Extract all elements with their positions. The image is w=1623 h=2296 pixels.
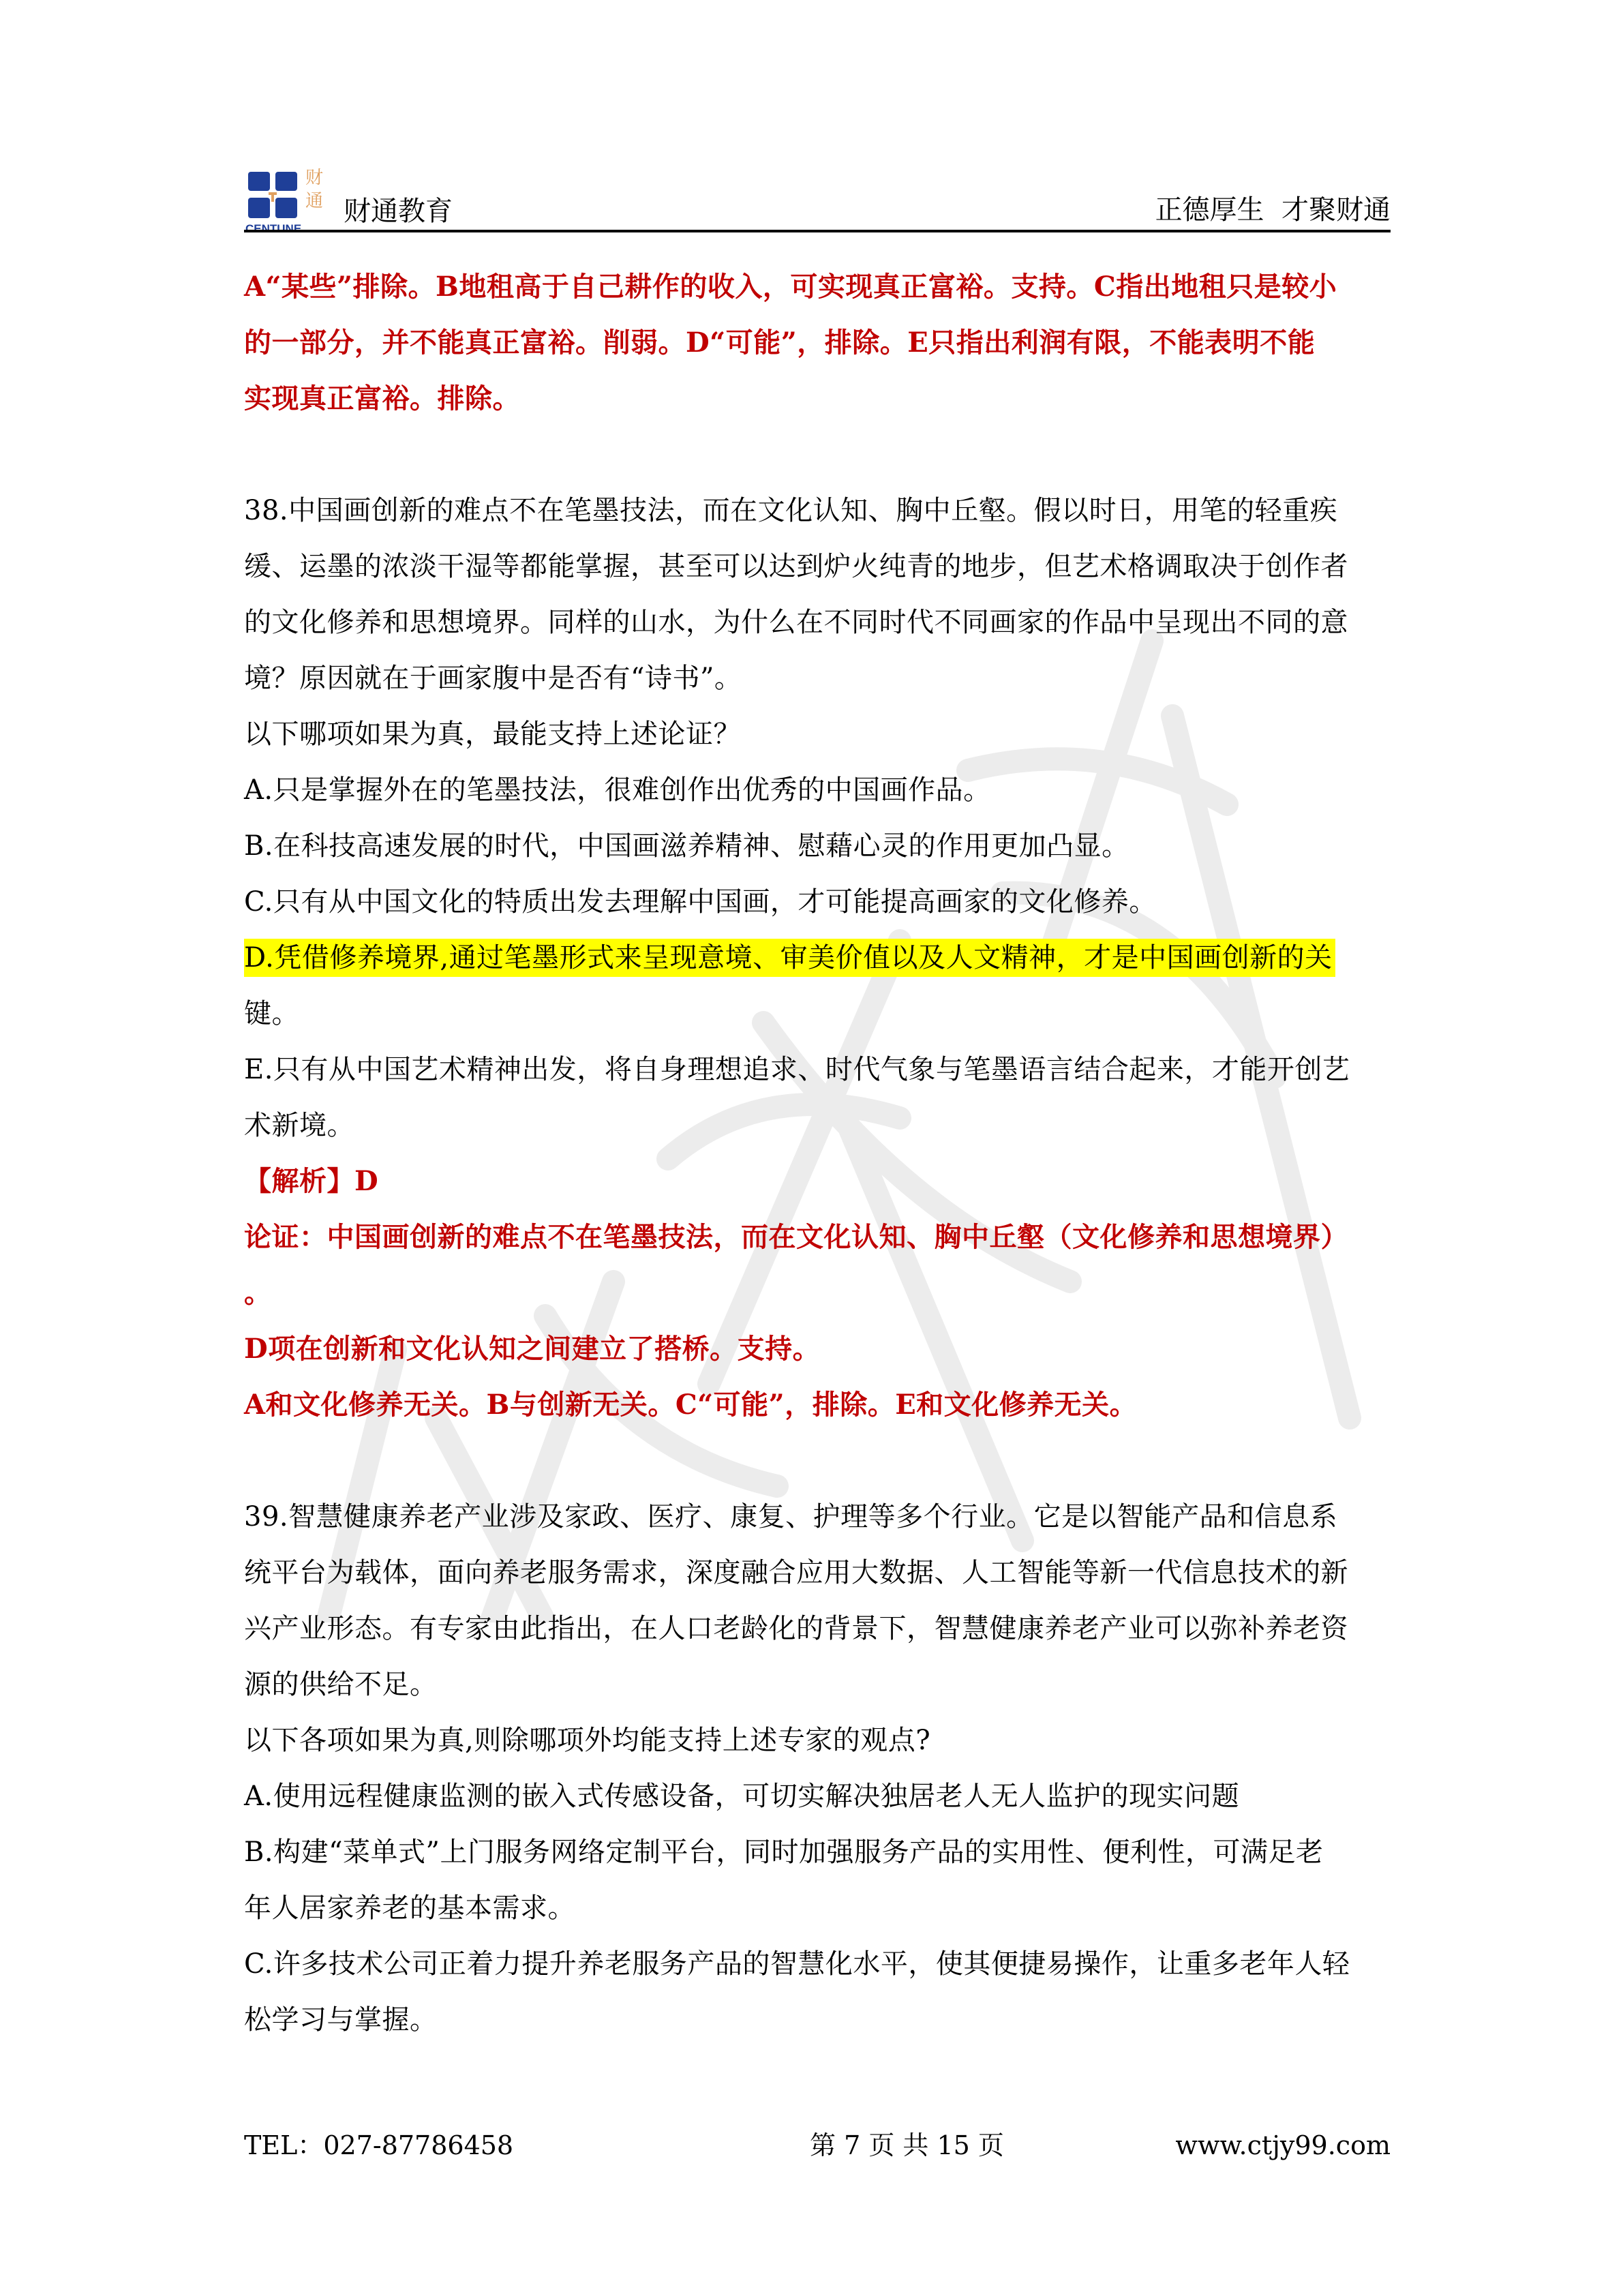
- option-c-cont: 松学习与掌握。: [244, 1992, 1389, 2048]
- centune-logo: 财 通 CENTUNE: [245, 164, 307, 232]
- option-c: C.许多技术公司正着力提升养老服务产品的智慧化水平，使其便捷易操作，让重多老年人…: [244, 1936, 1389, 1992]
- page-header: 财 通 CENTUNE 财通教育 正德厚生 才聚财通: [244, 155, 1391, 232]
- slogan: 正德厚生 才聚财通: [1155, 195, 1391, 225]
- question-stem-line: 源的供给不足。: [244, 1657, 1389, 1712]
- logo-char-tong: 通: [305, 190, 326, 213]
- option-a: A.只是掌握外在的笔墨技法，很难创作出优秀的中国画作品。: [244, 762, 1389, 818]
- brand-name: 财通教育: [344, 196, 453, 226]
- option-e: E.只有从中国艺术精神出发，将自身理想追求、时代气象与笔墨语言结合起来，才能开创…: [244, 1042, 1389, 1098]
- option-c: C.只有从中国文化的特质出发去理解中国画，才可能提高画家的文化修养。: [244, 874, 1389, 930]
- page-footer: TEL：027-87786458 第 7 页 共 15 页 www.ctjy99…: [244, 2128, 1391, 2162]
- option-e-cont: 术新境。: [244, 1098, 1389, 1153]
- header-divider: [244, 230, 1391, 232]
- option-b: B.构建“菜单式”上门服务网络定制平台，同时加强服务产品的实用性、便利性，可满足…: [244, 1824, 1389, 1880]
- logo-text: CENTUNE: [245, 222, 301, 236]
- option-d-highlight: D.凭借修养境界,通过笔墨形式来呈现意境、审美价值以及人文精神，才是中国画创新的…: [244, 939, 1335, 977]
- question-stem-line: 境？原因就在于画家腹中是否有“诗书”。: [244, 650, 1389, 706]
- page-content: A“某些”排除。B地租高于自己耕作的收入，可实现真正富裕。支持。C指出地租只是较…: [244, 259, 1389, 2048]
- analysis-line: D项在创新和文化认知之间建立了搭桥。支持。: [244, 1321, 1389, 1377]
- answer-label: 【解析】D: [244, 1153, 1389, 1209]
- analysis-line: 。: [244, 1265, 1389, 1321]
- option-d: D.凭借修养境界,通过笔墨形式来呈现意境、审美价值以及人文精神，才是中国画创新的…: [244, 930, 1389, 986]
- centune-logo-icon: [248, 172, 297, 220]
- question-stem-line: 38.中国画创新的难点不在笔墨技法，而在文化认知、胸中丘壑。假以时日，用笔的轻重…: [244, 483, 1389, 539]
- logo-vertical-chars: 财 通: [305, 166, 326, 213]
- question-prompt: 以下各项如果为真,则除哪项外均能支持上述专家的观点?: [244, 1712, 1389, 1768]
- option-b: B.在科技高速发展的时代，中国画滋养精神、慰藉心灵的作用更加凸显。: [244, 818, 1389, 874]
- option-a: A.使用远程健康监测的嵌入式传感设备，可切实解决独居老人无人监护的现实问题: [244, 1768, 1389, 1824]
- analysis-line: 实现真正富裕。排除。: [244, 371, 1389, 427]
- option-d-cont: 键。: [244, 986, 1389, 1042]
- spacer: [244, 427, 1389, 483]
- question-38: 38.中国画创新的难点不在笔墨技法，而在文化认知、胸中丘壑。假以时日，用笔的轻重…: [244, 483, 1389, 1433]
- analysis-line: A“某些”排除。B地租高于自己耕作的收入，可实现真正富裕。支持。C指出地租只是较…: [244, 259, 1389, 315]
- question-prompt: 以下哪项如果为真，最能支持上述论证？: [244, 706, 1389, 762]
- analysis-line: 的一部分，并不能真正富裕。削弱。D“可能”，排除。E只指出利润有限，不能表明不能: [244, 315, 1389, 371]
- question-39: 39.智慧健康养老产业涉及家政、医疗、康复、护理等多个行业。它是以智能产品和信息…: [244, 1489, 1389, 2048]
- question-stem-line: 兴产业形态。有专家由此指出，在人口老龄化的背景下，智慧健康养老产业可以弥补养老资: [244, 1601, 1389, 1657]
- footer-phone: TEL：027-87786458: [244, 2128, 513, 2162]
- footer-website: www.ctjy99.com: [1175, 2128, 1391, 2162]
- logo-char-cai: 财: [305, 166, 326, 190]
- option-b-cont: 年人居家养老的基本需求。: [244, 1880, 1389, 1936]
- question-stem-line: 39.智慧健康养老产业涉及家政、医疗、康复、护理等多个行业。它是以智能产品和信息…: [244, 1489, 1389, 1545]
- spacer: [244, 1433, 1389, 1489]
- analysis-line: A和文化修养无关。B与创新无关。C“可能”，排除。E和文化修养无关。: [244, 1377, 1389, 1433]
- question-stem-line: 统平台为载体，面向养老服务需求，深度融合应用大数据、人工智能等新一代信息技术的新: [244, 1545, 1389, 1601]
- analysis-line: 论证：中国画创新的难点不在笔墨技法，而在文化认知、胸中丘壑（文化修养和思想境界）: [244, 1209, 1389, 1265]
- page-number: 第 7 页 共 15 页: [810, 2128, 1004, 2162]
- question-stem-line: 的文化修养和思想境界。同样的山水，为什么在不同时代不同画家的作品中呈现出不同的意: [244, 594, 1389, 650]
- prev-question-analysis: A“某些”排除。B地租高于自己耕作的收入，可实现真正富裕。支持。C指出地租只是较…: [244, 259, 1389, 427]
- question-stem-line: 缓、运墨的浓淡干湿等都能掌握，甚至可以达到炉火纯青的地步，但艺术格调取决于创作者: [244, 539, 1389, 594]
